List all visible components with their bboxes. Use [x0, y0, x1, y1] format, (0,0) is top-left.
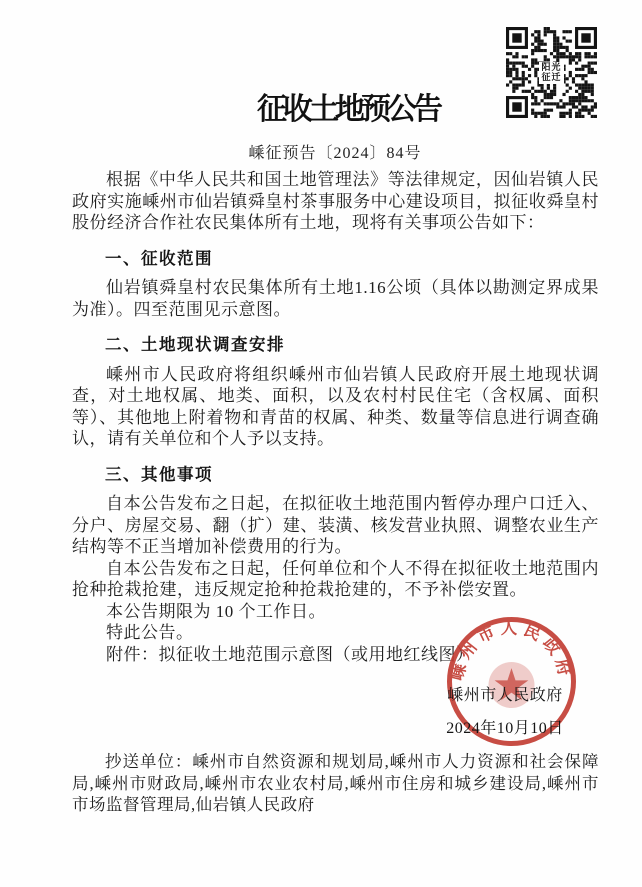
document-body: 根据《中华人民共和国土地管理法》等法律规定，因仙岩镇人民政府实施嵊州市仙岩镇舜皇…: [72, 169, 599, 665]
section-3-paragraph-2: 自本公告发布之日起，任何单位和个人不得在拟征收土地范围内抢种抢栽抢建，违反规定抢…: [72, 558, 599, 601]
section-2-heading: 二、土地现状调查安排: [72, 334, 599, 356]
signature-block: 嵊州市人民政府 2024年10月10日: [430, 686, 580, 739]
section-3-heading: 三、其他事项: [72, 464, 599, 486]
signature-date: 2024年10月10日: [430, 719, 580, 739]
section-3-paragraph-1: 自本公告发布之日起，在拟征收土地范围内暂停办理户口迁入、分户、房屋交易、翻（扩）…: [72, 493, 599, 558]
section-2-paragraph: 嵊州市人民政府将组织嵊州市仙岩镇人民政府开展土地现状调查，对土地权属、地类、面积…: [72, 364, 599, 450]
section-1-heading: 一、征收范围: [72, 248, 599, 270]
intro-paragraph: 根据《中华人民共和国土地管理法》等法律规定，因仙岩镇人民政府实施嵊州市仙岩镇舜皇…: [72, 169, 599, 234]
signature-issuer: 嵊州市人民政府: [430, 686, 580, 706]
document-number: 嵊征预告〔2024〕84号: [14, 140, 642, 163]
announcement-page: 阳光 征迁 征收土地预公告 嵊征预告〔2024〕84号 根据《中华人民共和国土地…: [0, 0, 642, 887]
page-title: 征收土地预公告: [27, 84, 642, 128]
cc-paragraph: 抄送单位：嵊州市自然资源和规划局,嵊州市人力资源和社会保障局,嵊州市财政局,嵊州…: [72, 751, 599, 816]
section-1-paragraph: 仙岩镇舜皇村农民集体所有土地1.16公顷（具体以勘测定界成果为准）。四至范围见示…: [72, 277, 599, 320]
